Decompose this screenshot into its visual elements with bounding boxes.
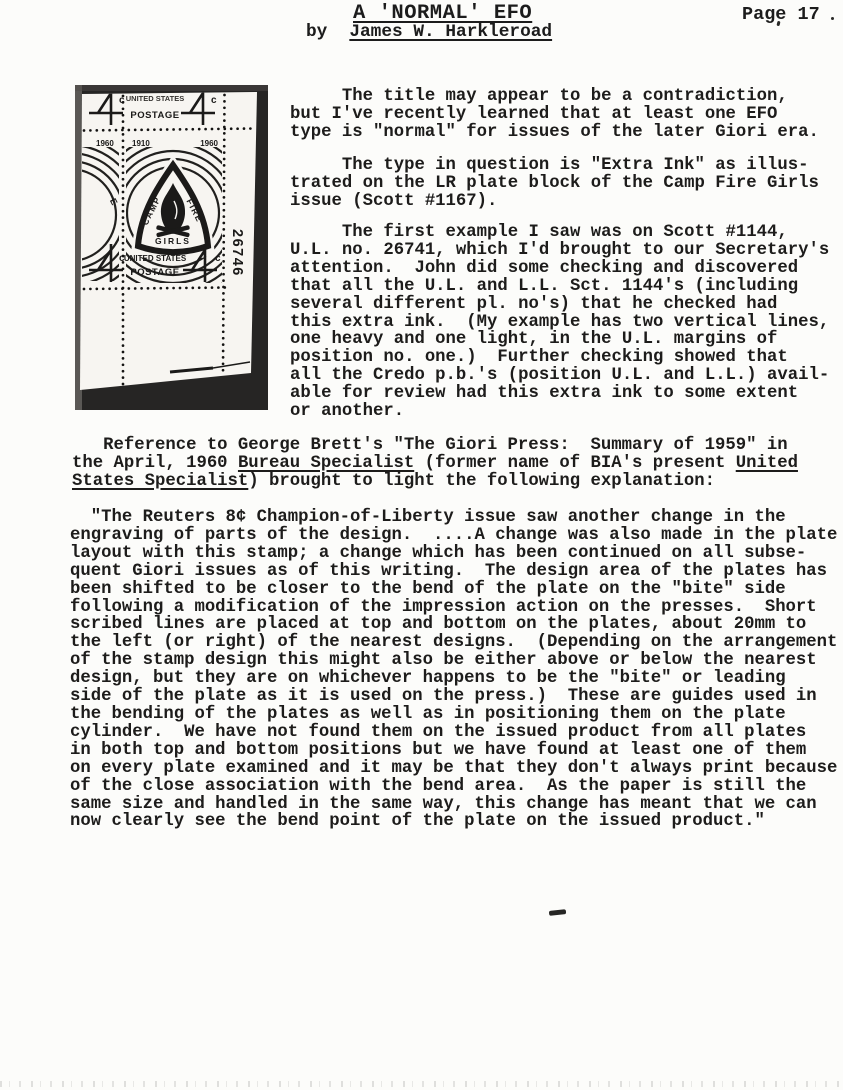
stamp-photo-svg: c c UNITED STATES POSTAGE 1960 E c 1910 …	[75, 85, 268, 410]
paragraph-intro: The title may appear to be a contradicti…	[290, 88, 843, 142]
paragraph-quotation: "The Reuters 8¢ Champion-of-Liberty issu…	[70, 509, 843, 831]
paragraph-type-in-question: The type in question is "Extra Ink" as i…	[290, 157, 843, 211]
postage-label: POSTAGE	[130, 267, 179, 278]
scan-bottom-edge	[0, 1081, 843, 1087]
scan-speck-comma	[776, 21, 780, 27]
year-1910: 1910	[132, 139, 150, 148]
scan-speck-dot	[831, 17, 834, 20]
reference-text: ) brought to light the following explana…	[248, 472, 715, 491]
scanned-document-page: { "colors": { "ink": "#1c1c1c", "paper":…	[0, 0, 843, 1090]
left-stamp-year: 1960	[96, 139, 114, 148]
denom-c: c	[215, 253, 221, 264]
denom-c: c	[211, 95, 217, 106]
page-number: Page 17	[742, 4, 820, 25]
publication-bureau-specialist: Bureau Specialist	[238, 454, 414, 473]
stamp-photo: c c UNITED STATES POSTAGE 1960 E c 1910 …	[75, 85, 268, 410]
paragraph-first-example: The first example I saw was on Scott #11…	[290, 224, 843, 421]
author-name: James W. Harkleroad	[349, 22, 552, 42]
photo-top-edge	[75, 85, 268, 91]
united-states-label: UNITED STATES	[124, 254, 187, 263]
paragraph-reference: Reference to George Brett's "The Giori P…	[72, 437, 842, 491]
sliver-postage-label: POSTAGE	[130, 110, 179, 121]
girls-label: GIRLS	[155, 236, 191, 246]
year-1960: 1960	[200, 139, 218, 148]
pen-dash-mark	[549, 909, 566, 915]
byline-prefix: by	[306, 22, 327, 42]
sliver-united-states-label: UNITED STATES	[126, 94, 184, 103]
plate-number: 26746	[229, 229, 245, 277]
reference-text: (former name of BIA's present	[414, 454, 735, 473]
byline: byJames W. Harkleroad	[306, 22, 552, 42]
